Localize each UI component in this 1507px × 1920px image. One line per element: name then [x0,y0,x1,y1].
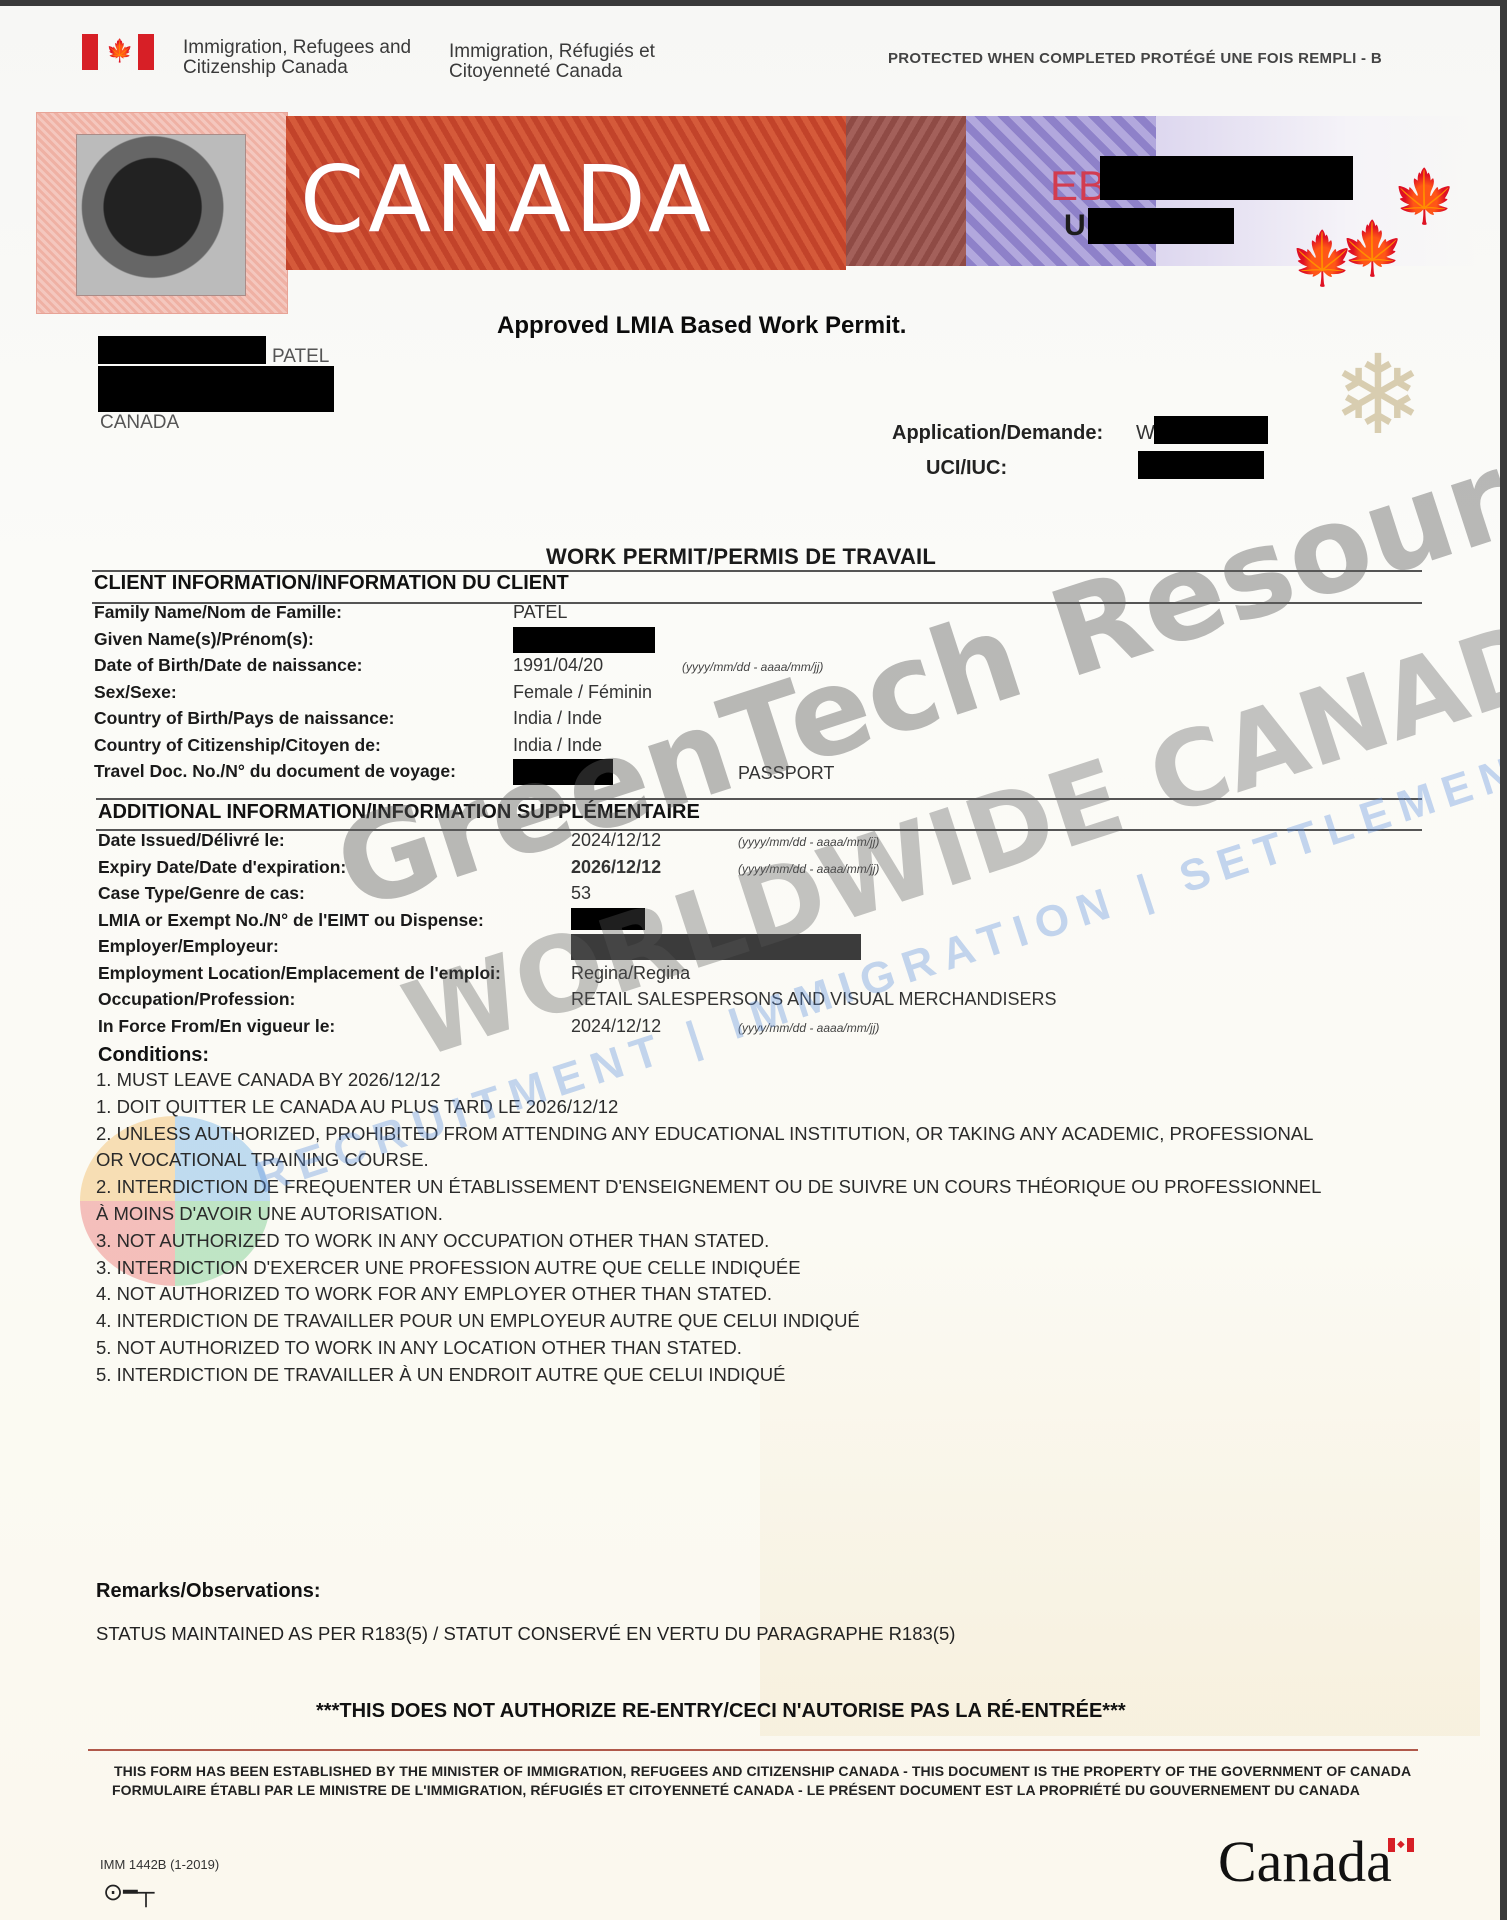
department-name-en: Immigration, Refugees and Citizenship Ca… [183,38,411,78]
remarks-title: Remarks/Observations: [96,1580,321,1603]
condition-line: 5. INTERDICTION DE TRAVAILLER À UN ENDRO… [96,1364,785,1386]
wordmark-flag-icon: ◆ [1388,1838,1414,1852]
document-number-redacted [1100,156,1353,200]
maple-leaf-icon: 🍁 [1340,218,1405,279]
reentry-notice: ***THIS DOES NOT AUTHORIZE RE-ENTRY/CECI… [316,1700,1126,1723]
conditions-title: Conditions: [98,1044,209,1067]
department-fr-line2: Citoyenneté Canada [449,62,655,82]
uci-redacted [1138,451,1264,479]
banner-country-word: CANADA [300,146,715,253]
field-label: Given Name(s)/Prénom(s): [94,629,314,650]
field-label: Employer/Employeur: [98,936,279,957]
field-label: Occupation/Profession: [98,989,295,1010]
application-label: Application/Demande: [892,422,1103,445]
condition-line: 3. NOT AUTHORIZED TO WORK IN ANY OCCUPAT… [96,1230,769,1252]
work-permit-document: 🍁 Immigration, Refugees and Citizenship … [0,6,1500,1920]
footer-divider [88,1749,1418,1751]
uci-label: UCI/IUC: [926,457,1007,480]
address-redacted [98,366,334,412]
field-label: Case Type/Genre de cas: [98,883,305,904]
field-label: Country of Birth/Pays de naissance: [94,708,395,729]
address-surname: PATEL [272,346,329,368]
field-value: PATEL [513,602,567,623]
footer-line-fr: FORMULAIRE ÉTABLI PAR LE MINISTRE DE L'I… [112,1782,1360,1798]
field-label: Country of Citizenship/Citoyen de: [94,735,381,756]
uci-number-redacted [1088,208,1234,244]
holder-photo [76,134,246,296]
protected-b-label: PROTECTED WHEN COMPLETED PROTÉGÉ UNE FOI… [888,50,1382,67]
snowflake-security-icon: ❄ [1318,336,1438,456]
parliament-background-graphic [760,1236,1480,1736]
condition-line: À MOINS D'AVOIR UNE AUTORISATION. [96,1203,443,1225]
form-number: IMM 1442B (1-2019) [100,1857,219,1872]
redacted-value [513,627,655,653]
application-number-redacted [1154,416,1268,444]
field-label: Sex/Sexe: [94,682,177,703]
condition-line: 1. MUST LEAVE CANADA BY 2026/12/12 [96,1069,441,1091]
field-label: Date of Birth/Date de naissance: [94,655,362,676]
divider [96,829,1422,831]
field-value: 1991/04/20 [513,655,603,676]
canada-wordmark: Canada [1218,1828,1392,1895]
field-label: Expiry Date/Date d'expiration: [98,857,346,878]
condition-line: 5. NOT AUTHORIZED TO WORK IN ANY LOCATIO… [96,1337,742,1359]
document-title: WORK PERMIT/PERMIS DE TRAVAIL [546,544,936,570]
field-label: Date Issued/Délivré le: [98,830,285,851]
banner-brown-band [846,116,966,266]
department-en-line2: Citizenship Canada [183,58,411,78]
field-label: In Force From/En vigueur le: [98,1016,335,1037]
field-label: Family Name/Nom de Famille: [94,602,342,623]
permit-type-heading: Approved LMIA Based Work Permit. [497,312,906,340]
department-en-line1: Immigration, Refugees and [183,38,411,58]
key-icon: ⊙━┬ [103,1878,155,1907]
condition-line: 2. UNLESS AUTHORIZED, PROHIBITED FROM AT… [96,1123,1313,1145]
department-fr-line1: Immigration, Réfugiés et [449,42,655,62]
uci-number-prefix: U [1064,209,1086,243]
remarks-text: STATUS MAINTAINED AS PER R183(5) / STATU… [96,1623,955,1645]
field-value: Female / Féminin [513,682,652,703]
document-number-prefix: EB [1050,162,1106,210]
application-prefix: W [1136,422,1155,445]
condition-line: 4. NOT AUTHORIZED TO WORK FOR ANY EMPLOY… [96,1283,772,1305]
given-name-redacted [98,336,266,364]
footer-line-en: THIS FORM HAS BEEN ESTABLISHED BY THE MI… [114,1763,1411,1779]
client-info-title: CLIENT INFORMATION/INFORMATION DU CLIENT [94,572,569,595]
canada-flag-icon: 🍁 [82,34,154,70]
address-country: CANADA [100,412,179,434]
condition-line: 4. INTERDICTION DE TRAVAILLER POUR UN EM… [96,1310,860,1332]
department-name-fr: Immigration, Réfugiés et Citoyenneté Can… [449,42,655,82]
condition-line: 3. INTERDICTION D'EXERCER UNE PROFESSION… [96,1257,801,1279]
